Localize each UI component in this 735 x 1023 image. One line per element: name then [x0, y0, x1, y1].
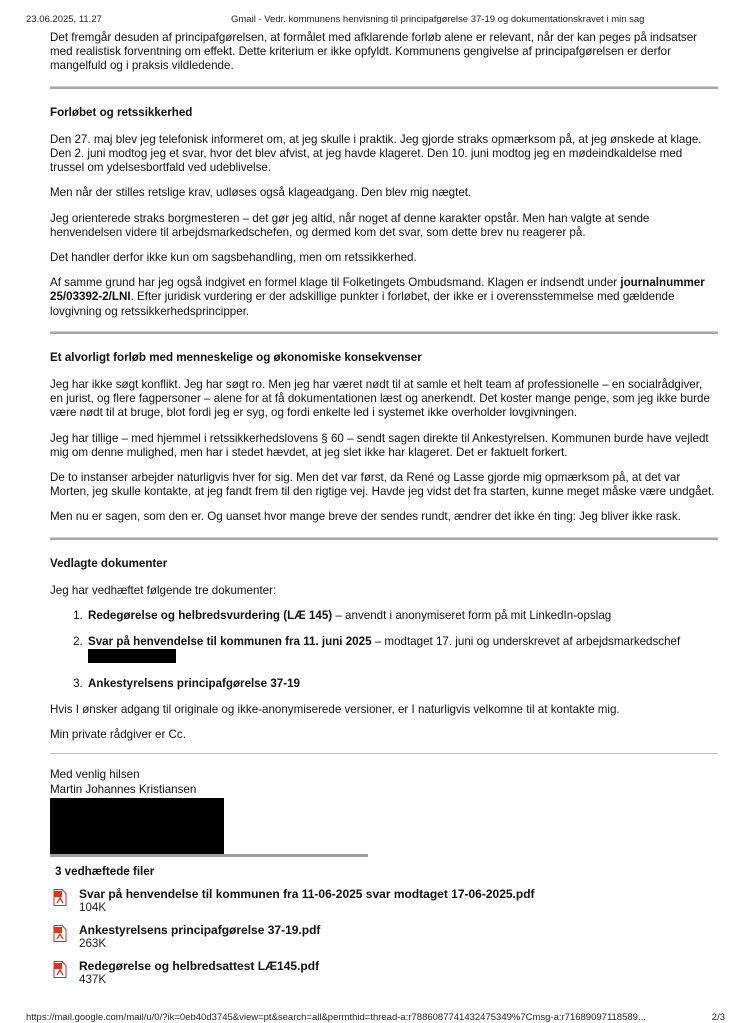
pdf-icon [53, 925, 67, 942]
access-note: Hvis I ønsker adgang til originale og ik… [50, 703, 718, 717]
section-heading-vedlagte: Vedlagte dokumenter [50, 557, 718, 571]
signature-name: Martin Johannes Kristiansen [50, 783, 718, 797]
paragraph: De to instanser arbejder naturligvis hve… [50, 471, 718, 499]
attachment-name[interactable]: Svar på henvendelse til kommunen fra 11-… [79, 887, 718, 901]
section-divider [50, 537, 718, 540]
paragraph: Jeg orienterede straks borgmesteren – de… [50, 212, 718, 240]
pdf-icon [53, 961, 67, 978]
redacted-name [88, 649, 176, 663]
section-divider [50, 331, 718, 334]
redacted-signature-block [50, 798, 224, 854]
section-heading-forloebet: Forløbet og retssikkerhed [50, 106, 718, 120]
document-item: Redegørelse og helbredsvurdering (LÆ 145… [86, 609, 718, 623]
paragraph: Men når der stilles retslige krav, udløs… [50, 186, 718, 200]
signature-divider [50, 753, 718, 754]
documents-list: Redegørelse og helbredsvurdering (LÆ 145… [50, 609, 718, 691]
attachment-size: 437K [79, 973, 718, 986]
paragraph: Men nu er sagen, som den er. Og uanset h… [50, 510, 718, 524]
attachment-name[interactable]: Redegørelse og helbredsattest LÆ145.pdf [79, 959, 718, 973]
page-number: 2/3 [712, 1012, 725, 1023]
print-date: 23.06.2025, 11.27 [26, 14, 102, 25]
attachments-title: 3 vedhæftede filer [55, 865, 718, 879]
attachment-item[interactable]: Redegørelse og helbredsattest LÆ145.pdf … [53, 959, 718, 986]
paragraph-journal: Af samme grund har jeg også indgivet en … [50, 276, 718, 319]
documents-intro: Jeg har vedhæftet følgende tre dokumente… [50, 584, 718, 598]
attachment-item[interactable]: Ankestyrelsens principafgørelse 37-19.pd… [53, 923, 718, 950]
email-body: Det fremgår desuden af principafgørelsen… [50, 31, 718, 995]
paragraph: Jeg har tillige – med hjemmel i retssikk… [50, 432, 718, 460]
document-item: Ankestyrelsens principafgørelse 37-19 [86, 677, 718, 691]
signature: Med venlig hilsen Martin Johannes Kristi… [50, 768, 718, 853]
signature-closing: Med venlig hilsen [50, 768, 718, 782]
attachments-divider [50, 854, 368, 857]
paragraph: Jeg har ikke søgt konflikt. Jeg har søgt… [50, 378, 718, 421]
cc-note: Min private rådgiver er Cc. [50, 728, 718, 742]
document-item: Svar på henvendelse til kommunen fra 11.… [86, 635, 718, 664]
pdf-icon [53, 889, 67, 906]
section-heading-alvorligt: Et alvorligt forløb med menneskelige og … [50, 351, 718, 365]
attachment-item[interactable]: Svar på henvendelse til kommunen fra 11-… [53, 887, 718, 914]
attachment-size: 263K [79, 937, 718, 950]
paragraph: Den 27. maj blev jeg telefonisk informer… [50, 133, 718, 176]
attachment-size: 104K [79, 901, 718, 914]
page-url: https://mail.google.com/mail/u/0/?ik=0eb… [26, 1012, 646, 1023]
paragraph: Det handler derfor ikke kun om sagsbehan… [50, 251, 718, 265]
print-title: Gmail - Vedr. kommunens henvisning til p… [231, 14, 644, 25]
section-divider [50, 86, 718, 89]
intro-paragraph: Det fremgår desuden af principafgørelsen… [50, 31, 718, 74]
attachment-name[interactable]: Ankestyrelsens principafgørelse 37-19.pd… [79, 923, 718, 937]
